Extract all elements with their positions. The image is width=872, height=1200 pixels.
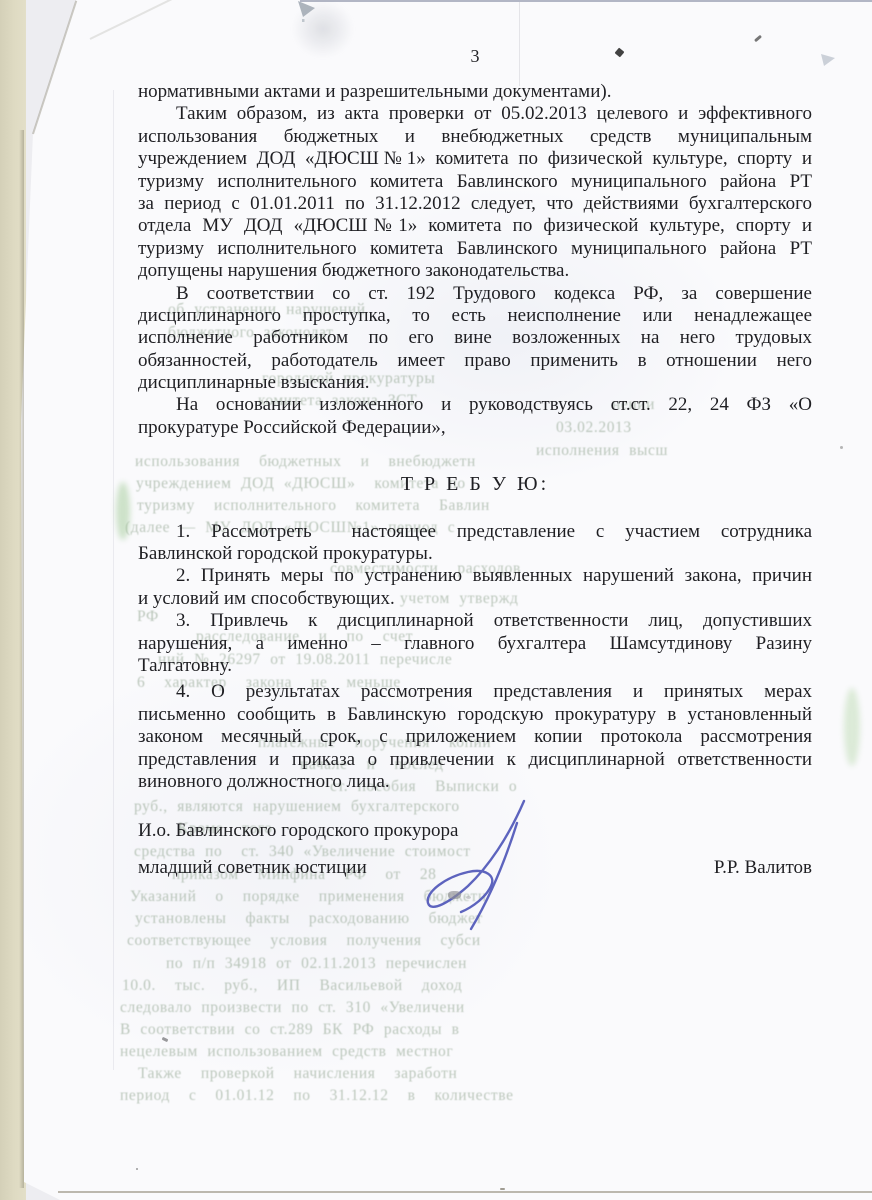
- scanned-document: об устранении нарушенийбюджетного законо…: [0, 0, 872, 1200]
- text-line: туризму исполнительного комитета Бавлинс…: [138, 238, 812, 260]
- dust-speck: [136, 1168, 138, 1170]
- text-line: учреждением ДОД «ДЮСШ№1» комитета по физ…: [138, 148, 812, 170]
- signer-name: Р.Р. Валитов: [714, 857, 812, 879]
- page-number: 3: [138, 46, 812, 67]
- ghost-text-line: Также проверкой начисления заработн: [138, 1065, 457, 1083]
- text-line: нормативными актами и разрешительными до…: [138, 81, 812, 103]
- text-line: обязанностей, работодатель имеет право п…: [138, 350, 812, 372]
- ghost-text-line: 10.0. тыс. руб., ИП Васильевой доход: [122, 977, 462, 995]
- text-line: 4. О результатах рассмотрения представле…: [138, 681, 812, 703]
- text-line: исполнение работником по его вине возлож…: [138, 327, 812, 349]
- signature-stroke: [400, 790, 560, 940]
- text-line: отдела МУ ДОД «ДЮСШ№1» комитета по физич…: [138, 215, 812, 237]
- text-line: В соответствии со ст. 192 Трудового коде…: [138, 283, 812, 305]
- text-line: На основании изложенного и руководствуяс…: [138, 394, 812, 416]
- text-line: нарушения, а именно – главного бухгалтер…: [138, 633, 812, 655]
- text-line: и условий им способствующих.: [138, 588, 812, 610]
- text-line: письменно сообщить в Бавлинскую городску…: [138, 704, 812, 726]
- gray-arrow-artifact: [818, 52, 838, 68]
- gray-speck: [448, 891, 461, 899]
- ghost-text-line: В соответствии со ст.289 БК РФ расходы в: [120, 1021, 460, 1039]
- text-line: Талгатовну.: [138, 655, 812, 677]
- text-line: Бавлинской городской прокуратуры.: [138, 543, 812, 565]
- cursor-artifact: [294, 0, 338, 22]
- text-line: 1. Рассмотреть настоящее представление с…: [138, 521, 812, 543]
- ghost-text-line: период с 01.01.12 по 31.12.12 в количест…: [120, 1087, 514, 1105]
- dust-speck: [840, 446, 843, 449]
- gray-speck: [466, 896, 471, 899]
- signer-rank-line: младший советник юстиции: [138, 857, 367, 879]
- text-line: туризму исполнительного комитета Бавлинс…: [138, 171, 812, 193]
- text-line: за период с 01.01.2011 по 31.12.2012 сле…: [138, 193, 812, 215]
- body-lines: нормативными актами и разрешительными до…: [138, 81, 812, 793]
- text-line: использования бюджетных и внебюджетных с…: [138, 126, 812, 148]
- text-line: дисциплинарные взыскания.: [138, 372, 812, 394]
- green-smudge: [844, 688, 860, 766]
- text-line: 3. Привлечь к дисциплинарной ответственн…: [138, 610, 812, 632]
- ghost-text-line: следовало произвести по ст. 310 «Увеличе…: [120, 999, 465, 1017]
- text-line: Таким образом, из акта проверки от 05.02…: [138, 103, 812, 125]
- text-line: 2. Принять меры по устранению выявленных…: [138, 565, 812, 587]
- dust-speck: [500, 1188, 505, 1190]
- text-line: Т Р Е Б У Ю:: [138, 473, 812, 495]
- text-line: допущены нарушения бюджетного законодате…: [138, 260, 812, 282]
- text-line: представления и приказа о привлечении к …: [138, 749, 812, 771]
- text-line: законом месячный срок, с приложением коп…: [138, 726, 812, 748]
- text-line: прокуратуре Российской Федерации»,: [138, 417, 812, 439]
- text-line: дисциплинарного проступка, то есть неисп…: [138, 305, 812, 327]
- green-smudge: [116, 482, 130, 540]
- ghost-text-line: по п/п 34918 от 02.11.2013 перечислен: [166, 955, 467, 973]
- ghost-text-line: нецелевым использованием средств местног: [120, 1043, 453, 1061]
